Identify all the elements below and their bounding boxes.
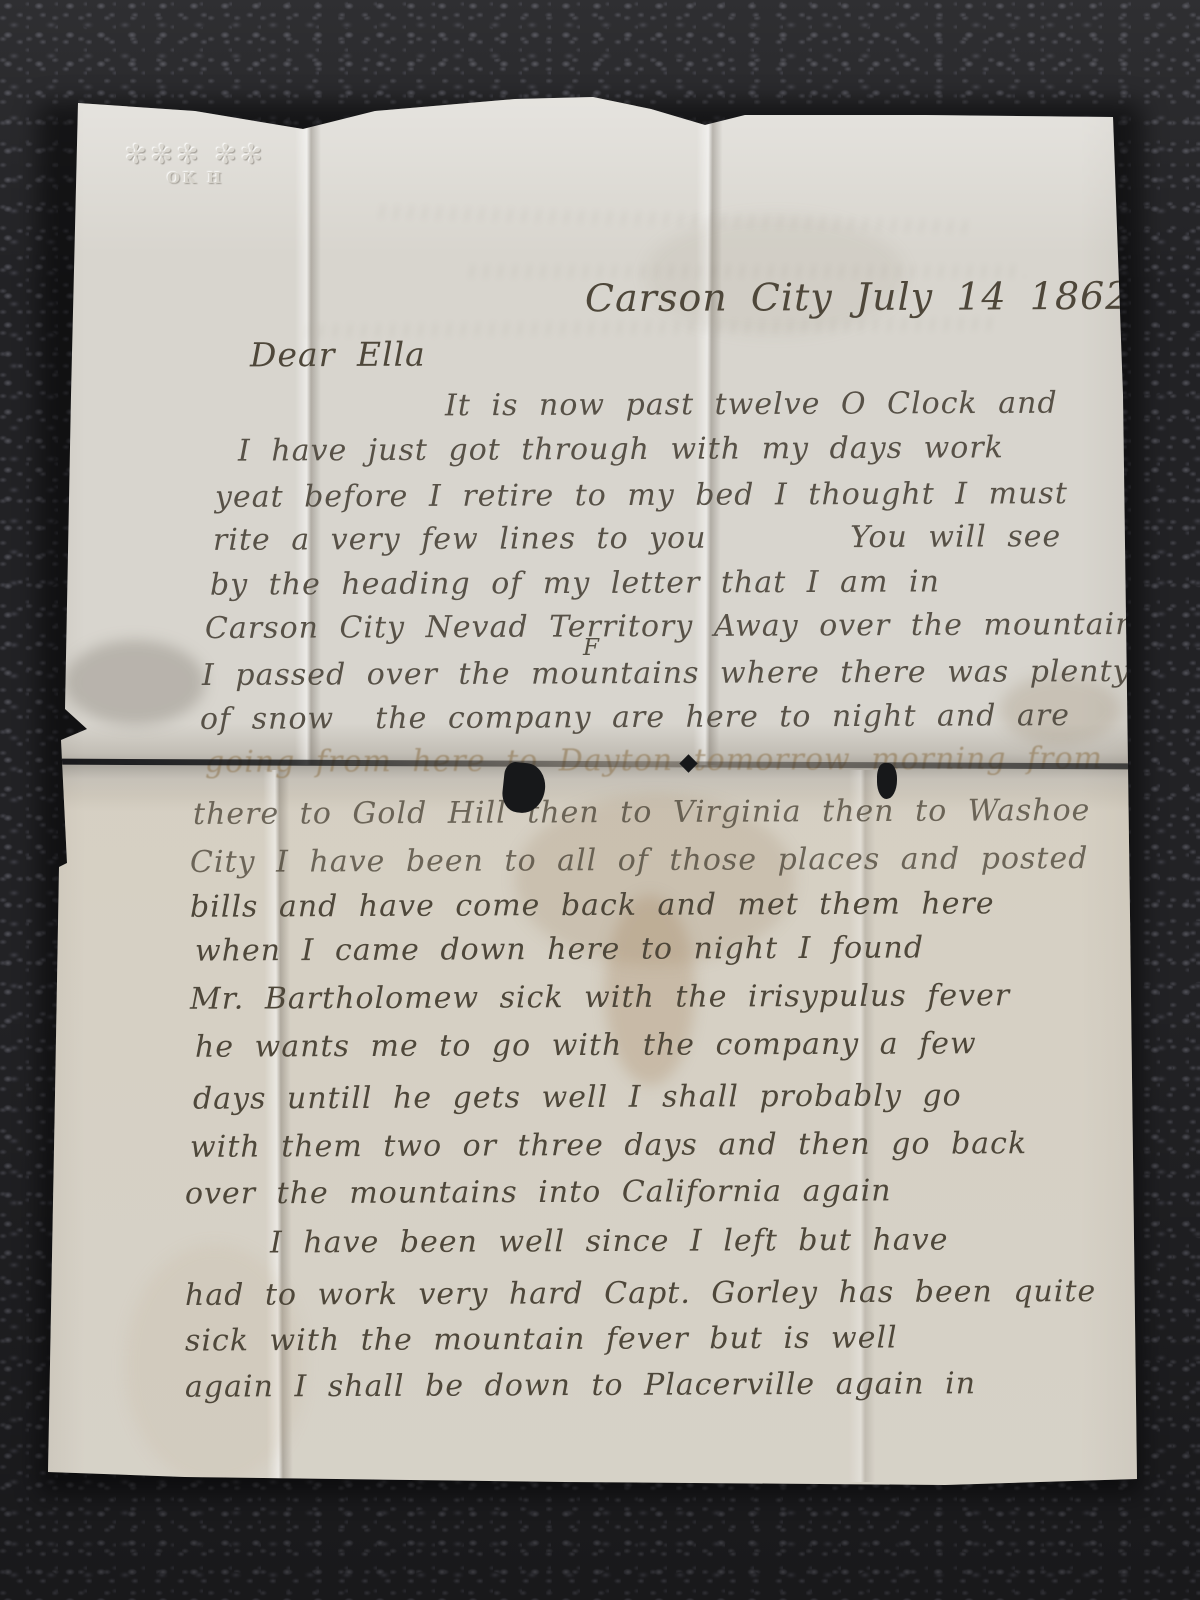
letter-salutation: Dear Ella <box>250 335 426 375</box>
letter-line: Mr. Bartholomew sick with the irisypulus… <box>190 978 1010 1017</box>
letter-paper: ✻✼✻ ✼✻ OK H Carson City July 14 1862 Dea… <box>45 95 1140 1485</box>
letter-line: I passed over the mountains where there … <box>202 654 1131 693</box>
letter-line: of snow the company are here to night an… <box>200 698 1070 737</box>
letter-line: bills and have come back and met them he… <box>190 886 995 925</box>
embossed-seal: ✻✼✻ ✼✻ OK H <box>125 145 266 187</box>
letter-line: I have been well since I left but have <box>270 1223 949 1261</box>
letter-line: when I came down here to night I found <box>195 930 924 968</box>
letter-line: had to work very hard Capt. Gorley has b… <box>185 1274 1096 1313</box>
letter-line: there to Gold Hill then to Virginia then… <box>193 793 1091 832</box>
letter-line: again I shall be down to Placerville aga… <box>185 1366 976 1404</box>
letter-line: It is now past twelve O Clock and <box>445 386 1058 424</box>
letter-line: he wants me to go with the company a few <box>195 1026 977 1064</box>
letter-line: City I have been to all of those places … <box>190 841 1089 880</box>
letter-heading: Carson City July 14 1862 <box>585 274 1131 320</box>
letter-line: by the heading of my letter that I am in <box>210 564 940 602</box>
letter-line: days untill he gets well I shall probabl… <box>193 1078 962 1116</box>
letter-line: Carson City Nevad Territory Away over th… <box>205 607 1152 646</box>
letter-line: yeat before I retire to my bed I thought… <box>215 476 1068 515</box>
insertion-mark: F <box>583 635 599 661</box>
letter-line: rite a very few lines to you You will se… <box>213 519 1061 558</box>
embossed-seal-icon: ✻✼✻ ✼✻ <box>125 145 266 165</box>
letter-line: with them two or three days and then go … <box>190 1126 1027 1165</box>
carpet-background: ✻✼✻ ✼✻ OK H Carson City July 14 1862 Dea… <box>0 0 1200 1600</box>
letter-line: sick with the mountain fever but is well <box>185 1320 898 1358</box>
paper-stain <box>65 640 205 725</box>
ink-showthrough <box>375 205 975 234</box>
letter-line: I have just got through with my days wor… <box>238 430 1004 468</box>
letter-line: over the mountains into California again <box>185 1173 892 1211</box>
embossed-seal-label: OK H <box>125 169 266 187</box>
